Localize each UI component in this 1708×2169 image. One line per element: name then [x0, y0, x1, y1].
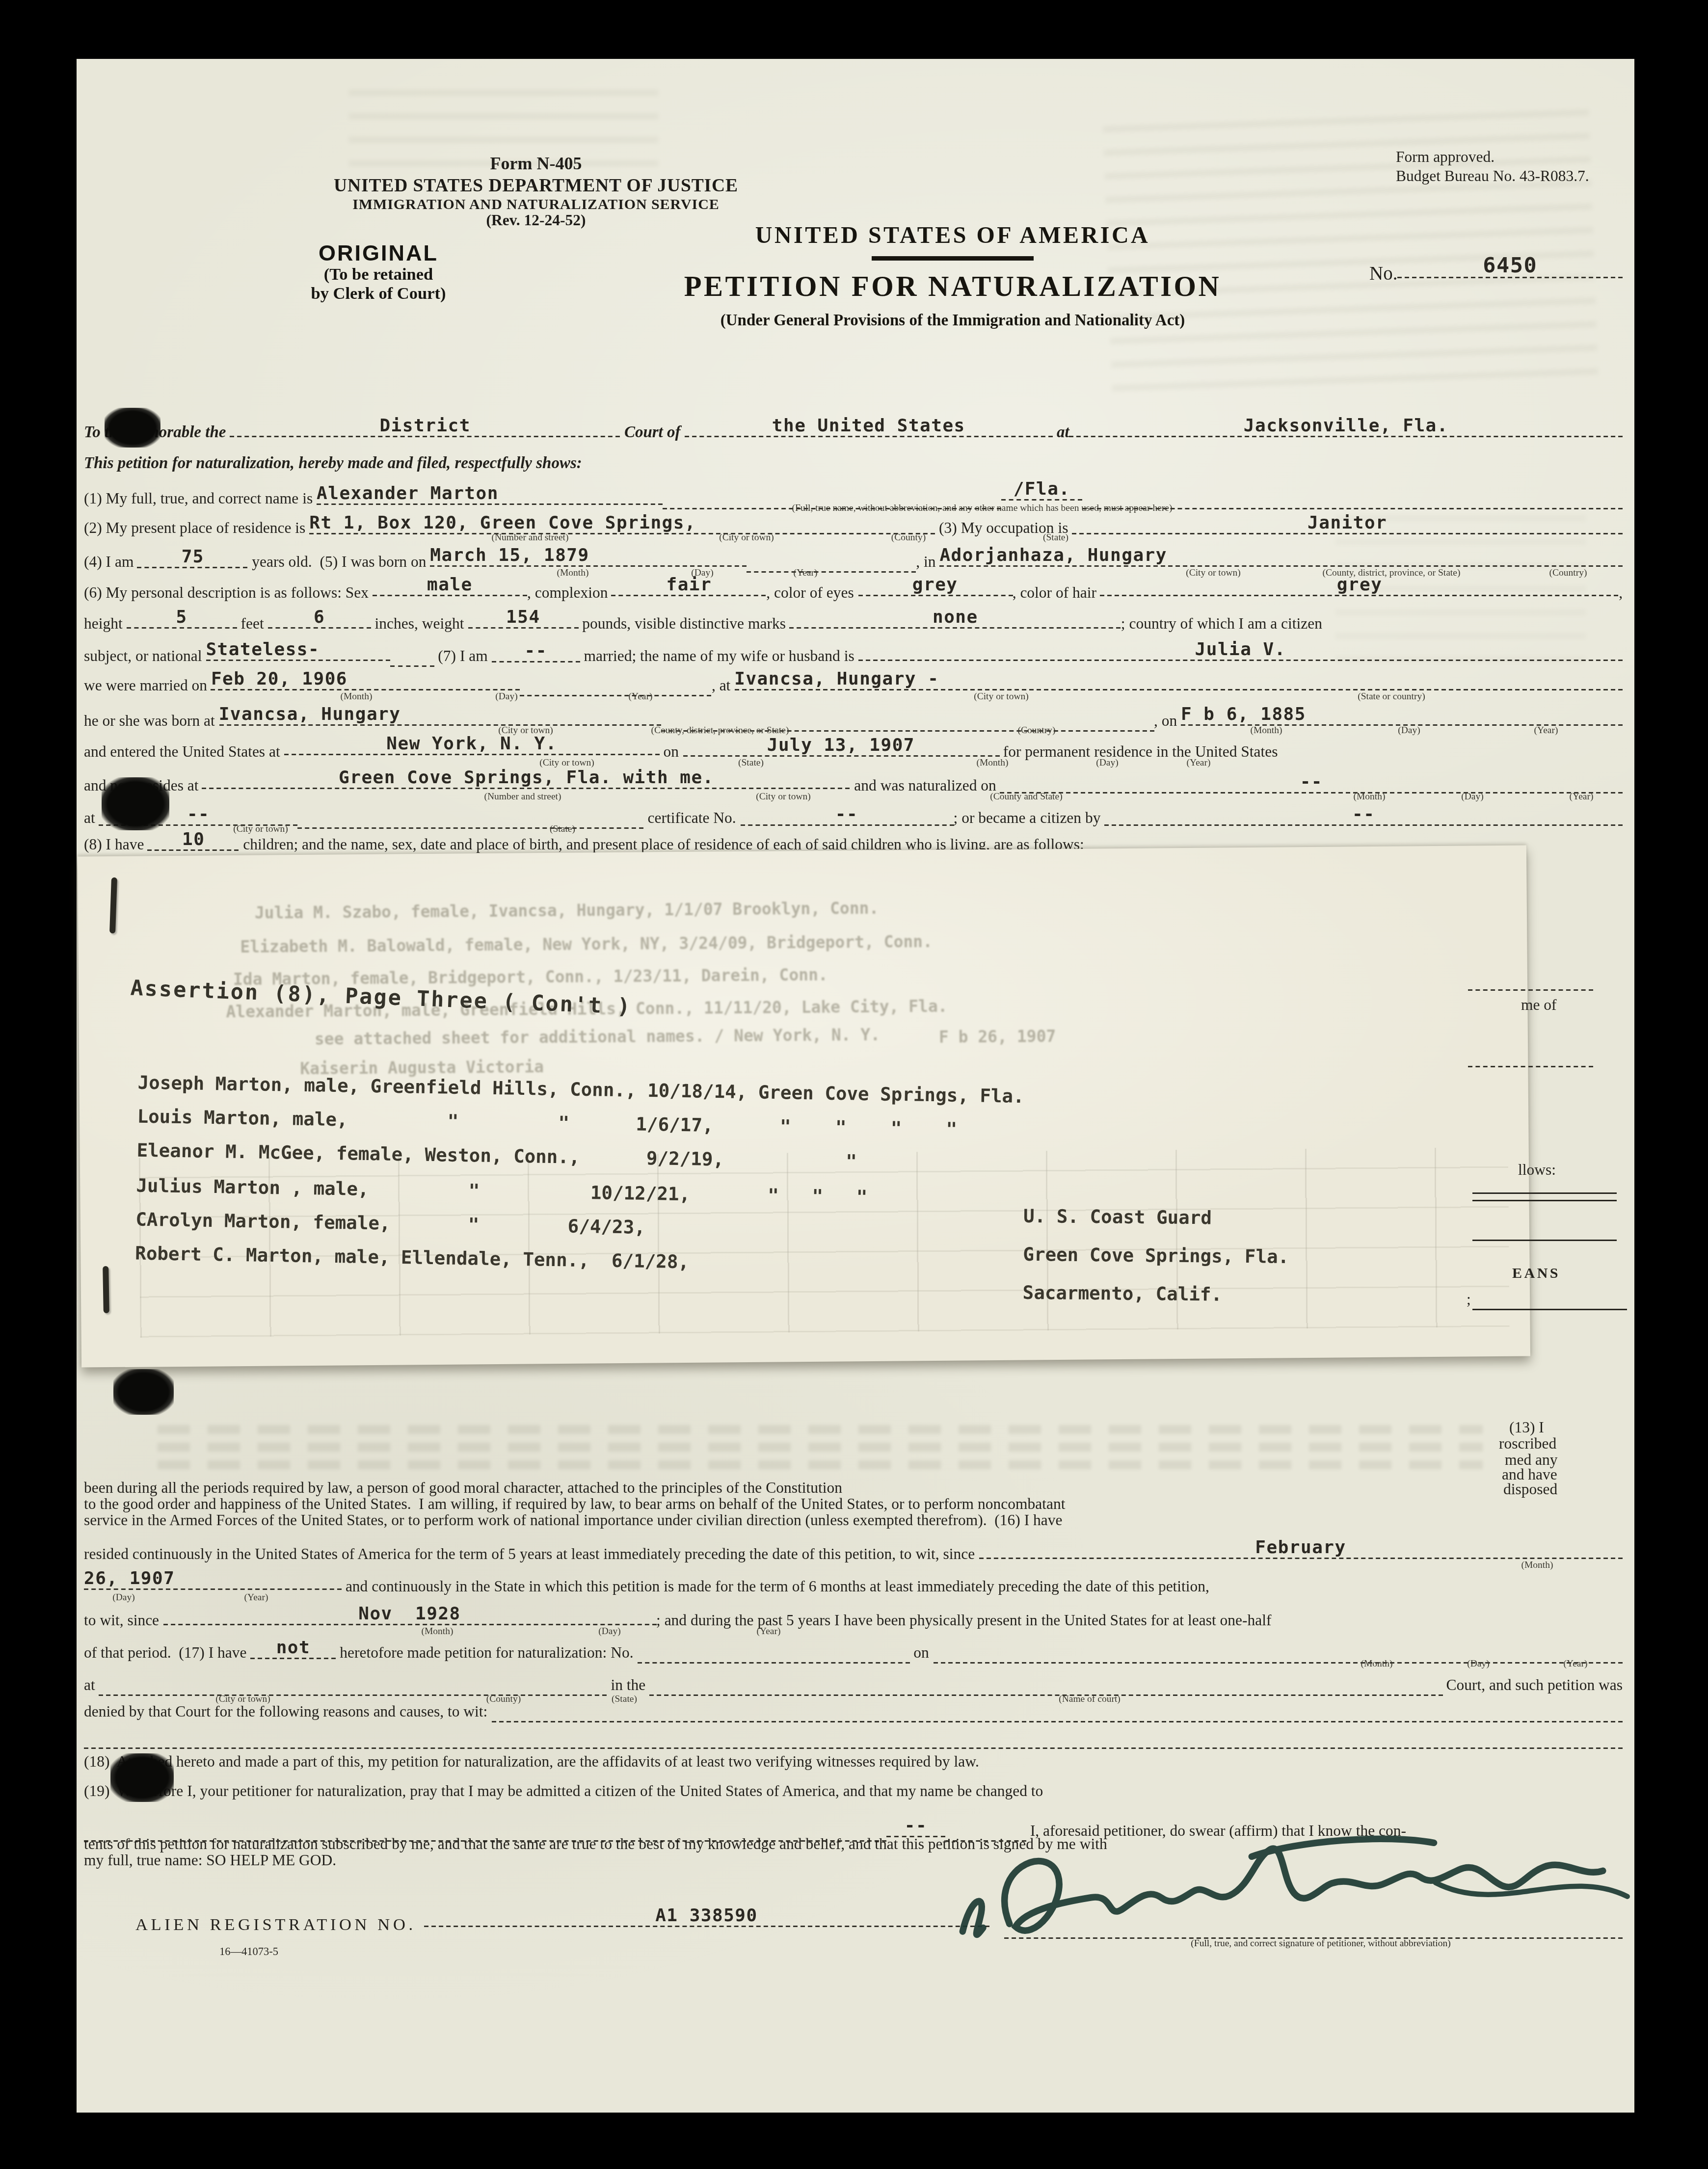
page-fragment: med any — [1505, 1453, 1558, 1469]
field-caption: (Month) — [976, 758, 1008, 768]
field-label: height — [84, 617, 127, 635]
field-caption: (Country) — [1018, 726, 1056, 736]
field-label: on — [660, 745, 683, 763]
typed-entry: February — [979, 1538, 1623, 1559]
field-caption: (State) — [550, 824, 575, 835]
field-label: (18) Attached hereto and made a part of … — [84, 1755, 979, 1772]
signature-caption: (Full, true, and correct signature of pe… — [1191, 1939, 1450, 1949]
form-line: been during all the periods required by … — [84, 1481, 1494, 1499]
form-line — [84, 1742, 1623, 1749]
field-caption: (Year) — [1534, 726, 1558, 736]
field-caption: (Day) — [598, 1627, 621, 1637]
page-fragment — [1472, 1237, 1617, 1241]
field-caption: (Year) — [244, 1593, 268, 1603]
dashed-blank — [933, 1656, 1623, 1664]
dashed-blank — [99, 1689, 607, 1696]
agency-name: UNITED STATES DEPARTMENT OF JUSTICE — [224, 175, 848, 197]
field-label: to the good order and happiness of the U… — [84, 1497, 1065, 1515]
form-line: at -- certificate No. --; or became a ci… — [84, 808, 1623, 829]
residence-line: U. S. Coast Guard — [1023, 1197, 1290, 1238]
field-caption: (Year) — [1564, 1659, 1588, 1669]
typed-entry: Jacksonville, Fla. — [1069, 417, 1623, 437]
field-caption: (Day) — [112, 1593, 135, 1603]
field-label: This petition for naturalization, hereby… — [84, 455, 582, 473]
field-caption: (Month) — [1250, 726, 1282, 736]
field-caption: (Day) — [1398, 726, 1420, 736]
form-line: height 5 feet 6 inches, weight 154 pound… — [84, 614, 1623, 635]
dashed-blank — [637, 1656, 909, 1664]
field-caption: (Year) — [1570, 792, 1594, 802]
page-fragment: EANS — [1512, 1266, 1560, 1282]
field-label: he or she was born at — [84, 714, 219, 732]
field-label: we were married on — [84, 679, 211, 696]
form-line: To the Honorable the District Court of t… — [84, 421, 1623, 442]
typed-entry: A1 338590 — [424, 1906, 989, 1927]
field-label: , at — [712, 679, 734, 696]
typed-entry: July 13, 1907 — [683, 736, 999, 757]
field-caption: (Day) — [495, 692, 518, 702]
typed-entry: Ivancsa, Hungary - — [734, 670, 1623, 690]
faded-print-line — [158, 1443, 1483, 1452]
field-caption: (Month) — [1353, 792, 1385, 802]
form-line: (6) My personal description is as follow… — [84, 583, 1623, 604]
field-label: at — [84, 811, 99, 829]
punch-hole — [102, 777, 169, 830]
typed-entry: -- — [1000, 773, 1623, 794]
typed-entry: Alexander Marton — [317, 484, 663, 505]
staple — [103, 1266, 108, 1313]
field-label: Court of — [620, 424, 685, 442]
attached-children-sheet: Julia M. Szabo, female, Ivancsa, Hungary… — [78, 845, 1530, 1367]
field-label: at — [84, 1678, 99, 1696]
field-label: , complexion — [527, 586, 612, 604]
field-label: my full, true name: SO HELP ME GOD. — [84, 1853, 336, 1871]
typed-entry: male — [373, 576, 527, 596]
form-line: subject, or national Stateless- (7) I am… — [84, 646, 1623, 667]
form-line: to the good order and happiness of the U… — [84, 1497, 1623, 1515]
page-fragment — [1472, 1192, 1617, 1201]
typed-entry: Janitor — [1072, 514, 1623, 534]
field-caption: (Day) — [1096, 758, 1119, 768]
typed-entry: 5 — [127, 608, 237, 629]
dashed-blank — [649, 1689, 1442, 1696]
field-label: (6) My personal description is as follow… — [84, 586, 373, 604]
field-caption: (City or town) — [233, 824, 288, 835]
field-label: pounds, visible distinctive marks — [578, 617, 790, 635]
ghost-typed-line: see attached sheet for additional names.… — [315, 1026, 881, 1049]
typed-entry: Julia V. — [858, 640, 1623, 661]
form-line: to wit, since Nov 1928; and during the p… — [84, 1611, 1623, 1631]
form-line: he or she was born at Ivancsa, Hungary, … — [84, 711, 1623, 732]
title-rule — [872, 256, 1034, 260]
page-fragment: disposed — [1503, 1482, 1557, 1499]
field-label: (2) My present place of residence is — [84, 521, 309, 539]
children-residence-column: U. S. Coast GuardGreen Cove Springs, Fla… — [1022, 1197, 1289, 1315]
field-caption: (State) — [1043, 533, 1068, 543]
typed-entry: 6 — [268, 608, 371, 629]
field-label: , in — [916, 555, 939, 573]
ghost-typed-line: Elizabeth M. Balowald, female, New York,… — [240, 932, 933, 957]
punch-hole — [110, 1753, 174, 1802]
field-label: (7) I am — [434, 649, 491, 667]
page-fragment — [1468, 1063, 1593, 1067]
faded-print-line — [158, 1425, 1483, 1434]
typed-entry: not — [250, 1639, 336, 1659]
field-label: on — [909, 1646, 933, 1664]
typed-entry: Stateless- — [206, 640, 390, 661]
typed-entry: Rt 1, Box 120, Green Cove Springs, — [309, 514, 935, 534]
typed-entry: -- — [886, 1817, 945, 1837]
field-caption: (Month) — [421, 1627, 453, 1637]
field-caption: (Month) — [1521, 1561, 1553, 1571]
typed-entry: March 15, 1879 — [430, 546, 747, 567]
typed-entry: grey — [858, 576, 1013, 596]
typed-entry: grey — [1100, 576, 1619, 596]
form-line: and entered the United States at New Yor… — [84, 742, 1623, 763]
typed-entry: Nov 1928 — [163, 1605, 656, 1625]
dashed-blank — [747, 565, 916, 573]
field-caption: (Month) — [557, 568, 588, 579]
field-caption: (Full, true name, without abbreviation, … — [792, 503, 1173, 514]
typed-entry: Ivancsa, Hungary — [219, 705, 661, 726]
field-caption: (Number and street) — [484, 792, 561, 802]
form-line: service in the Armed Forces of the Unite… — [84, 1513, 1623, 1531]
typed-entry: none — [790, 608, 1121, 629]
typed-entry: New York, N. Y. — [284, 735, 660, 755]
field-caption: (Month) — [340, 692, 372, 702]
field-label: of that period. (17) I have — [84, 1646, 250, 1664]
typed-entry: -- — [1104, 805, 1623, 826]
typed-entry: -- — [492, 642, 580, 662]
form-line: and now resides at Green Cove Springs, F… — [84, 776, 1623, 796]
page-fragment — [1472, 1306, 1627, 1310]
field-label: service in the Armed Forces of the Unite… — [84, 1513, 1063, 1531]
field-caption: (State) — [738, 758, 764, 768]
page-fragment: (13) I — [1509, 1421, 1544, 1437]
field-label: and was naturalized on — [850, 779, 1000, 796]
field-caption: (Number and street) — [491, 533, 568, 543]
typed-entry: F b 6, 1885 — [1181, 705, 1623, 726]
scanned-document-page: Form N-405 UNITED STATES DEPARTMENT OF J… — [0, 0, 1708, 2169]
field-label: certificate No. — [644, 811, 740, 829]
page-fragment: me of — [1521, 998, 1557, 1014]
signature-stroke — [961, 1901, 983, 1935]
field-label: to wit, since — [84, 1614, 163, 1631]
field-label: inches, weight — [371, 617, 468, 635]
typed-entry: 75 — [137, 548, 248, 568]
field-caption: (City or town) — [974, 692, 1029, 702]
dashed-blank — [390, 660, 434, 667]
dashed-blank — [84, 1742, 1623, 1749]
dashed-blank — [520, 689, 712, 696]
typed-entry: fair — [612, 576, 766, 596]
field-caption: (Year) — [794, 568, 818, 579]
form-line: This petition for naturalization, hereby… — [84, 455, 1623, 473]
field-caption: (Name of court) — [1059, 1694, 1121, 1705]
petition-form-paper: Form N-405 UNITED STATES DEPARTMENT OF J… — [77, 59, 1634, 2113]
field-label: Court, and such petition was — [1442, 1678, 1623, 1696]
field-label: (4) I am — [84, 555, 137, 573]
children-records: Joseph Marton, male, Greenfield Hills, C… — [135, 1065, 1025, 1284]
bleed-through-smudge — [349, 85, 658, 166]
field-label: and entered the United States at — [84, 745, 284, 763]
field-label: ; country of which I am a citizen — [1121, 617, 1322, 635]
signature-stroke — [1003, 1837, 1604, 1931]
field-caption: (City or town) — [756, 792, 811, 802]
field-label: (8) I have — [84, 838, 148, 855]
field-caption: (County) — [486, 1694, 521, 1705]
field-label: subject, or national — [84, 649, 206, 667]
field-caption: (Day) — [1461, 792, 1484, 802]
typed-entry: /Fla. — [1001, 480, 1082, 501]
field-caption: (City or town) — [719, 533, 774, 543]
field-label: (1) My full, true, and correct name is — [84, 492, 317, 509]
field-label: (19) Wherefore I, your petitioner for na… — [84, 1784, 1043, 1802]
page-fragment: roscribed — [1499, 1437, 1556, 1453]
ghost-typed-line: F b 26, 1907 — [939, 1027, 1056, 1047]
punch-hole — [113, 1369, 174, 1415]
dashed-blank — [298, 821, 644, 829]
field-label: for permanent residence in the United St… — [999, 745, 1278, 763]
agency-service: IMMIGRATION AND NATURALIZATION SERVICE — [224, 197, 848, 213]
field-label: , — [1619, 586, 1623, 604]
field-caption: (State) — [612, 1694, 637, 1705]
field-caption: (County and State) — [990, 792, 1062, 802]
field-label: resided continuously in the United State… — [84, 1547, 979, 1565]
faded-print-line — [158, 1460, 1483, 1469]
field-label: married; the name of my wife or husband … — [580, 649, 858, 667]
field-label: , on — [1154, 714, 1181, 732]
form-line: (2) My present place of residence is Rt … — [84, 518, 1623, 539]
signature-stroke — [1435, 1876, 1627, 1904]
dashed-blank — [491, 1715, 1623, 1722]
page-fragment: and have — [1502, 1468, 1557, 1484]
typed-entry: 26, 1907 — [84, 1569, 342, 1590]
field-label: feet — [237, 617, 268, 635]
field-caption: (Day) — [1467, 1659, 1490, 1669]
typed-entry: District — [230, 417, 620, 437]
form-line: ALIEN REGISTRATION NO. A1 338590 — [135, 1914, 989, 1934]
field-caption: (Year) — [629, 692, 653, 702]
form-line: denied by that Court for the following r… — [84, 1705, 1623, 1722]
form-print-code: 16—41073-5 — [219, 1945, 278, 1958]
form-line: 26, 1907 and continuously in the State i… — [84, 1577, 1623, 1597]
field-caption: (City or town) — [215, 1694, 270, 1705]
field-label: and continuously in the State in which t… — [342, 1580, 1209, 1597]
field-label: ; or became a citizen by — [954, 811, 1105, 829]
ghost-typed-line: Julia M. Szabo, female, Ivancsa, Hungary… — [255, 899, 879, 923]
field-label: denied by that Court for the following r… — [84, 1705, 491, 1722]
typed-entry: 10 — [148, 830, 239, 851]
field-caption: (Year) — [757, 1627, 781, 1637]
field-label: in the — [607, 1678, 650, 1696]
field-label: been during all the periods required by … — [84, 1481, 842, 1499]
typed-entry: Feb 20, 1906 — [211, 670, 520, 690]
field-caption: (Year) — [1187, 758, 1211, 768]
field-label: , color of hair — [1013, 586, 1100, 604]
field-label: , color of eyes — [766, 586, 857, 604]
field-caption: (State or country) — [1358, 692, 1425, 702]
typed-entry: Adorjanhaza, Hungary — [939, 546, 1623, 567]
form-line: resided continuously in the United State… — [84, 1544, 1623, 1565]
petitioner-signature — [936, 1813, 1662, 1973]
field-label: heretofore made petition for naturalizat… — [336, 1646, 637, 1664]
form-line: at in the Court, and such petition was — [84, 1678, 1623, 1696]
typed-entry: -- — [740, 805, 954, 826]
field-caption: (Month) — [1361, 1659, 1392, 1669]
page-fragment: llows: — [1518, 1163, 1556, 1179]
typed-entry: Green Cove Springs, Fla. with me. — [202, 768, 850, 789]
form-line: (18) Attached hereto and made a part of … — [84, 1755, 1623, 1772]
field-label: at — [1053, 424, 1069, 442]
field-label: years old. (5) I was born on — [248, 555, 430, 573]
field-label: ALIEN REGISTRATION NO. — [135, 1917, 424, 1934]
residence-line: Sacarmento, Calif. — [1022, 1274, 1289, 1315]
typed-entry: 154 — [468, 608, 578, 629]
punch-hole — [105, 408, 160, 448]
residence-line: Green Cove Springs, Fla. — [1023, 1236, 1289, 1276]
page-fragment: ; — [1467, 1293, 1471, 1309]
bleed-through-smudge — [1102, 95, 1598, 391]
typed-entry: the United States — [685, 417, 1053, 437]
field-label: ; and during the past 5 years I have bee… — [656, 1614, 1271, 1631]
field-caption: (County) — [891, 533, 926, 543]
form-line: (19) Wherefore I, your petitioner for na… — [84, 1784, 1623, 1802]
page-fragment — [1468, 986, 1593, 991]
